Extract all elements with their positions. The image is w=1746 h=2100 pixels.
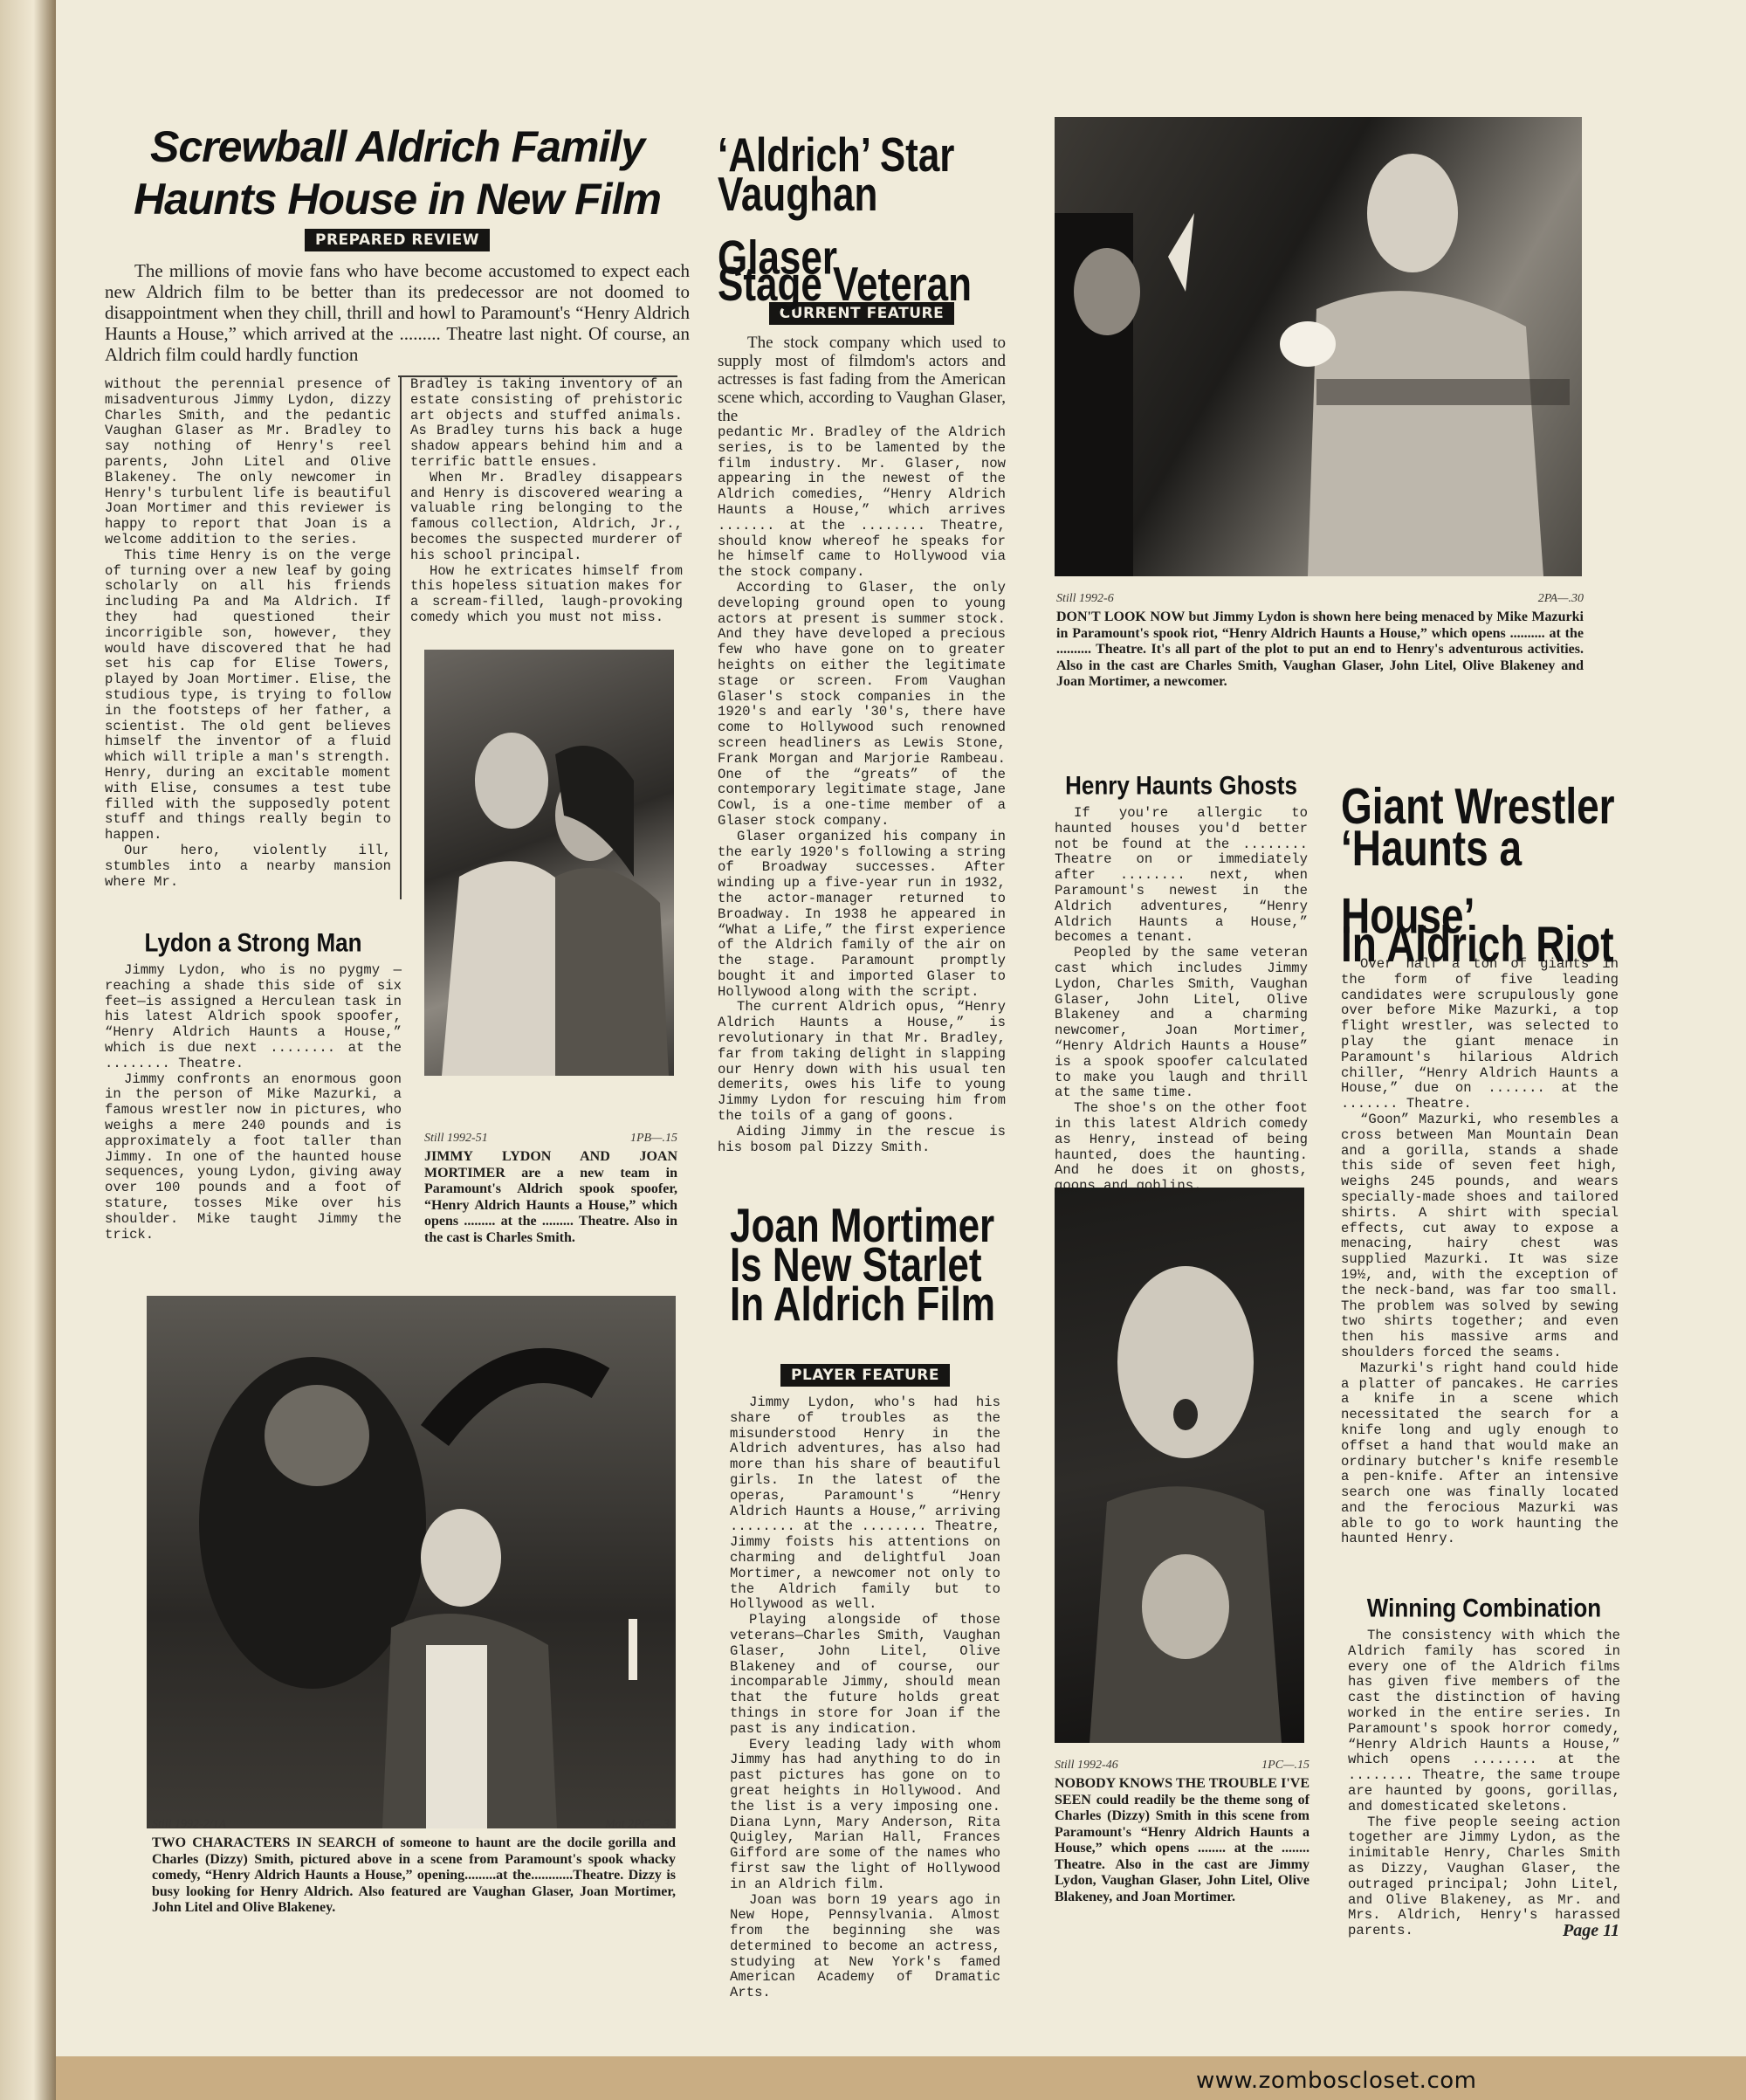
website-watermark: www.zomboscloset.com xyxy=(1196,2068,1476,2094)
henry-haunts-ghosts-article: Henry Haunts Ghosts If you're allergic t… xyxy=(1055,772,1308,1195)
photo-caption: TWO CHARACTERS IN SEARCH of someone to h… xyxy=(152,1835,676,1917)
main-review-lead: The millions of movie fans who have beco… xyxy=(105,260,690,365)
photo-caption: DON'T LOOK NOW but Jimmy Lydon is shown … xyxy=(1056,609,1584,691)
still-number: Still 1992-51 xyxy=(424,1132,488,1146)
mat-code: 2PA—.30 xyxy=(1538,592,1584,606)
main-review-article: Screwball Aldrich Family Haunts House in… xyxy=(105,120,690,365)
mortimer-headline-line3: In Aldrich Film xyxy=(730,1273,1000,1337)
photo-charles-smith xyxy=(1055,1188,1304,1743)
page-spine xyxy=(0,0,56,2100)
knife-scene-image-icon xyxy=(1055,117,1582,576)
mat-code: 1PC—.15 xyxy=(1261,1759,1309,1773)
wrestler-headline-line3: In Aldrich Riot xyxy=(1341,910,1619,978)
main-review-headline-line1: Screwball Aldrich Family xyxy=(105,120,690,173)
main-review-headline-line2: Haunts House in New Film xyxy=(105,173,690,225)
mat-code: Mat 2PC—.30 xyxy=(605,1818,676,1832)
photo-smith-caption-block: Still 1992-461PC—.15 NOBODY KNOWS THE TR… xyxy=(1055,1755,1309,1905)
photo-caption: NOBODY KNOWS THE TROUBLE I'VE SEEN could… xyxy=(1055,1776,1309,1905)
prepared-review-badge: PREPARED REVIEW xyxy=(305,229,490,251)
page-number: Page 11 xyxy=(1563,1921,1619,1941)
gorilla-scene-image-icon xyxy=(147,1296,676,1828)
still-number: Still 1992-2/1A xyxy=(152,1818,226,1832)
photo-gorilla-caption-block: Still 1992-2/1AMat 2PC—.30 TWO CHARACTER… xyxy=(152,1814,676,1917)
still-number: Still 1992-6 xyxy=(1056,592,1114,606)
photo-lydon-mortimer xyxy=(424,650,674,1076)
mat-code: 1PB—.15 xyxy=(630,1132,677,1146)
glaser-headline-line3: Stage Veteran xyxy=(718,253,1006,317)
photo-gorilla-smith xyxy=(147,1296,676,1828)
photo-mazurki-lydon xyxy=(1055,117,1582,576)
giant-wrestler-article: Giant Wrestler ‘Haunts a House’ In Aldri… xyxy=(1341,772,1619,1547)
main-review-column-1: without the perennial presence of misadv… xyxy=(105,377,391,890)
still-number: Still 1992-46 xyxy=(1055,1759,1118,1773)
lydon-strong-man-title: Lydon a Strong Man xyxy=(105,927,402,959)
henry-haunts-ghosts-title: Henry Haunts Ghosts xyxy=(1055,770,1308,802)
photo-mazurki-caption-block: Still 1992-62PA—.30 DON'T LOOK NOW but J… xyxy=(1056,589,1584,691)
photo-lydon-mortimer-caption-block: Still 1992-511PB—.15 JIMMY LYDON AND JOA… xyxy=(424,1128,677,1246)
startled-man-image-icon xyxy=(1055,1188,1304,1743)
glaser-article: ‘Aldrich’ Star Vaughan Glaser Stage Vete… xyxy=(718,124,1006,1155)
couple-image-icon xyxy=(424,650,674,1076)
main-review-column-2: Bradley is taking inventory of an estate… xyxy=(410,377,683,626)
column-divider xyxy=(400,375,402,899)
photo-caption: JIMMY LYDON AND JOAN MORTIMER are a new … xyxy=(424,1149,677,1246)
mortimer-article: Joan Mortimer Is New Starlet In Aldrich … xyxy=(730,1195,1000,2001)
winning-combination-article: Winning Combination The consistency with… xyxy=(1348,1594,1620,1939)
winning-combination-title: Winning Combination xyxy=(1348,1593,1620,1624)
lydon-strong-man-article: Lydon a Strong Man Jimmy Lydon, who is n… xyxy=(105,929,402,1243)
player-feature-badge: PLAYER FEATURE xyxy=(780,1364,950,1387)
